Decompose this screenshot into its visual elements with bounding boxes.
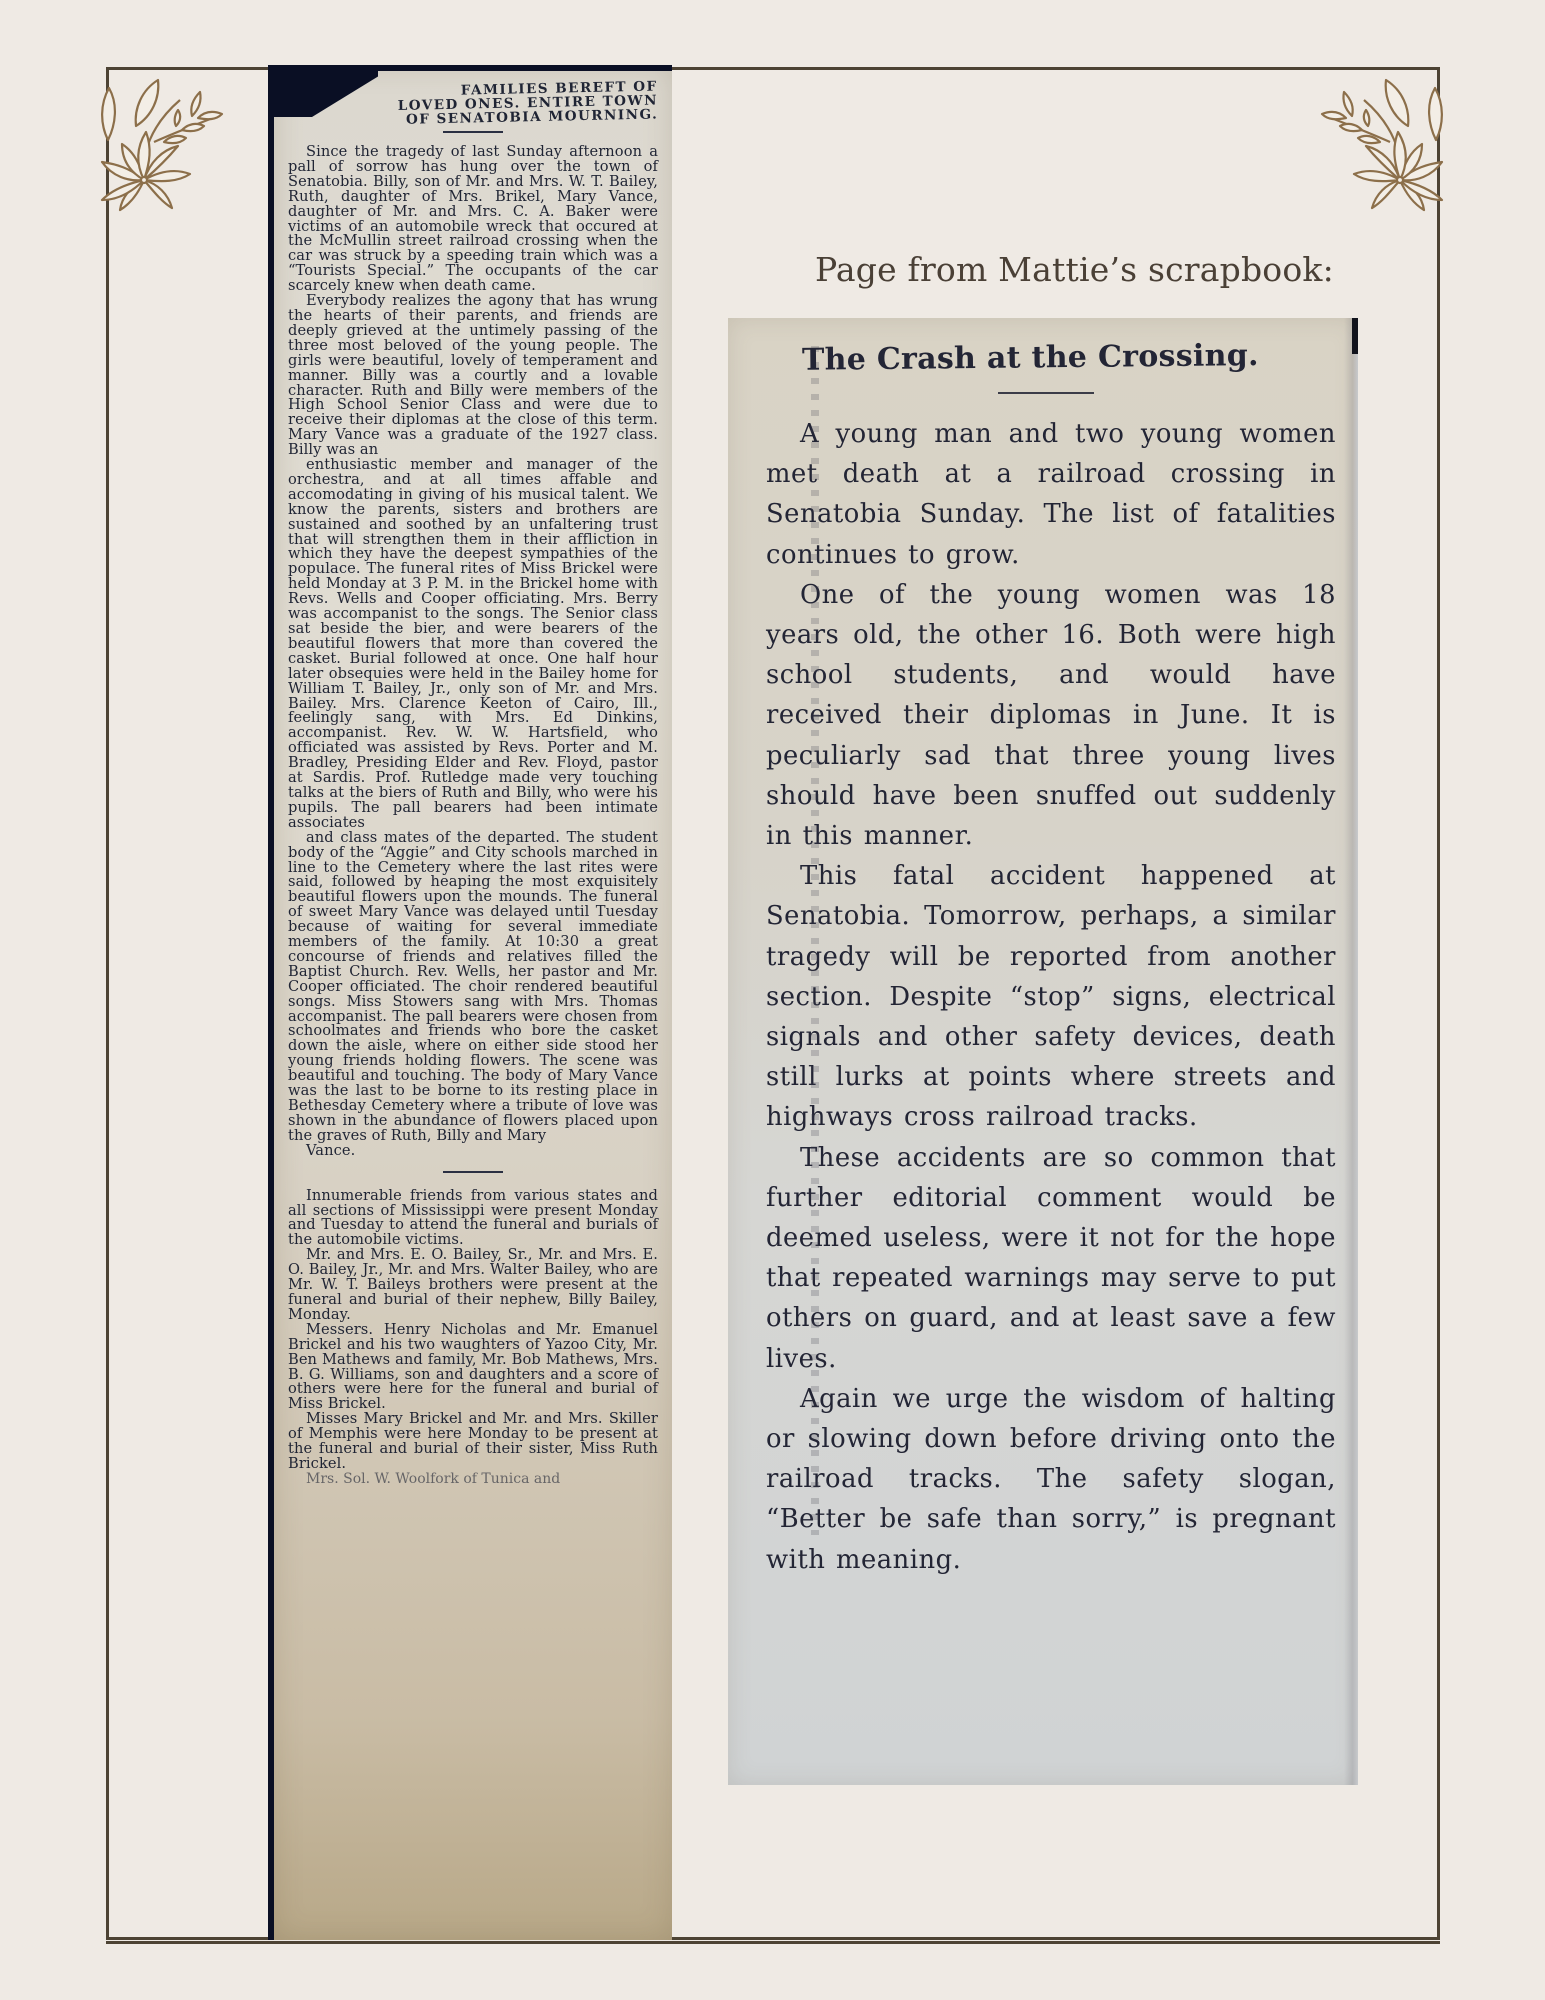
- cut-off-line: Mrs. Sol. W. Woolfork of Tunica and: [288, 1472, 658, 1487]
- editorial-title: The Crash at the Crossing.: [802, 335, 1336, 381]
- article-paragraph: Messers. Henry Nicholas and Mr. Emanuel …: [288, 1323, 658, 1412]
- editorial-paragraph: One of the young women was 18 years old,…: [766, 575, 1336, 856]
- article-paragraph: Innumerable friends from various states …: [288, 1189, 658, 1249]
- article-paragraph: Mr. and Mrs. E. O. Bailey, Sr., Mr. and …: [288, 1248, 658, 1323]
- floral-flourish-icon: [1312, 64, 1462, 214]
- editorial-paragraph: These accidents are so common that furth…: [766, 1138, 1336, 1379]
- clipping-edge-shadow: [1344, 318, 1358, 1785]
- clipping-headline: FAMILIES BEREFT OF LOVED ONES. ENTIRE TO…: [324, 80, 659, 129]
- floral-flourish-icon: [82, 64, 232, 214]
- editorial-paragraph: Again we urge the wisdom of halting or s…: [766, 1379, 1336, 1580]
- article-paragraph: Since the tragedy of last Sunday afterno…: [288, 145, 658, 294]
- newspaper-clipping-editorial: The Crash at the Crossing. A young man a…: [728, 318, 1358, 1785]
- article-paragraph: Misses Mary Brickel and Mr. and Mrs. Ski…: [288, 1412, 658, 1472]
- article-paragraph: Vance.: [288, 1144, 658, 1159]
- scrapbook-caption: Page from Mattie’s scrapbook:: [815, 250, 1334, 289]
- editorial-paragraph: A young man and two young women met deat…: [766, 414, 1336, 575]
- perforation-marks: [811, 346, 819, 1535]
- title-rule: [998, 392, 1094, 394]
- article-paragraph: and class mates of the departed. The stu…: [288, 831, 658, 1144]
- section-rule: [443, 1171, 503, 1173]
- article-paragraph: Everybody realizes the agony that has wr…: [288, 294, 658, 458]
- editorial-paragraph: This fatal accident happened at Senatobi…: [766, 856, 1336, 1137]
- newspaper-clipping-obituary: FAMILIES BEREFT OF LOVED ONES. ENTIRE TO…: [268, 65, 672, 1940]
- clipping-dark-corner: [1352, 318, 1358, 354]
- headline-rule: [443, 131, 503, 133]
- article-paragraph: enthusiastic member and manager of the o…: [288, 458, 658, 831]
